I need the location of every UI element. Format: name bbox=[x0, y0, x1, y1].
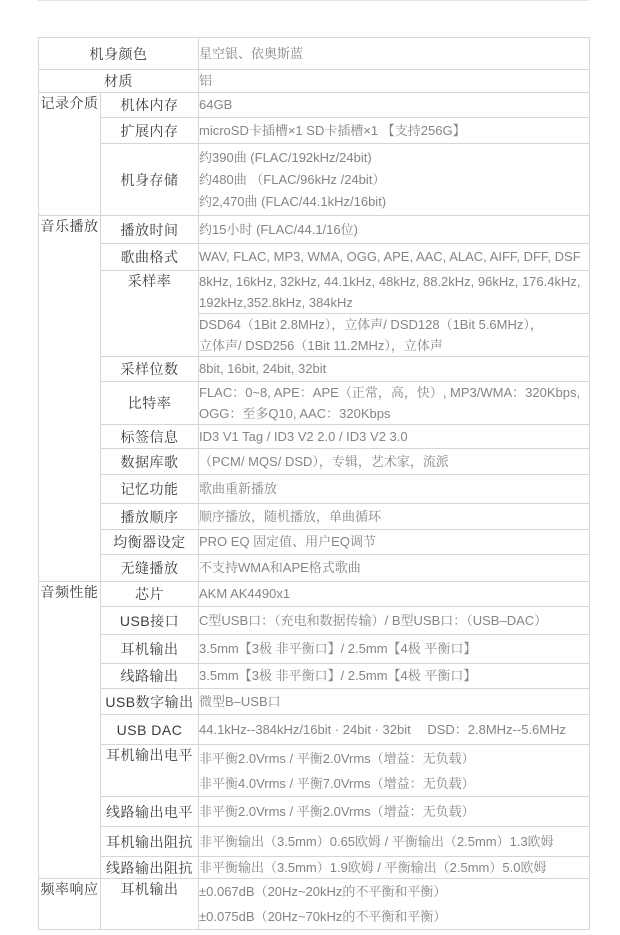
category-text: 频率响应 bbox=[41, 881, 99, 897]
spec-value: 顺序播放，随机播放，单曲循环 bbox=[199, 504, 590, 530]
spec-value-text: FLAC：0~8, APE：APE（正常，高，快）, MP3/WMA：320Kb… bbox=[199, 382, 589, 403]
spec-value: C型USB口：（充电和数据传输）/ B型USB口：（USB–DAC） bbox=[199, 607, 590, 635]
category-text: 记录介质 bbox=[41, 95, 99, 111]
spec-label-text: 机身颜色 bbox=[90, 46, 148, 62]
spec-value: FLAC：0~8, APE：APE（正常，高，快）, MP3/WMA：320Kb… bbox=[199, 382, 590, 425]
spec-value-text: 约2,470曲 (FLAC/44.1kHz/16bit) bbox=[199, 191, 589, 213]
spec-value: ±0.067dB（20Hz~20kHz的不平衡和平衡） ±0.075dB（20H… bbox=[199, 879, 590, 930]
spec-value: 8kHz, 16kHz, 32kHz, 44.1kHz, 48kHz, 88.2… bbox=[199, 271, 590, 314]
spec-label: 均衡器设定 bbox=[101, 530, 199, 555]
spec-label-text: 标签信息 bbox=[121, 429, 179, 445]
spec-label-text: 比特率 bbox=[128, 395, 172, 411]
spec-value-text: 3.5mm【3极 非平衡口】/ 2.5mm【4极 平衡口】 bbox=[199, 666, 589, 686]
spec-value: 约15小时 (FLAC/44.1/16位) bbox=[199, 216, 590, 244]
category-audio-performance: 音频性能 bbox=[39, 582, 101, 879]
spec-value: PRO EQ 固定值、用户EQ调节 bbox=[199, 530, 590, 555]
spec-label: 标签信息 bbox=[101, 425, 199, 449]
category-recording-media: 记录介质 bbox=[39, 93, 101, 216]
spec-label: 机身存储 bbox=[101, 144, 199, 216]
spec-value-text: 微型B–USB口 bbox=[199, 692, 589, 712]
spec-value-text: 非平衡2.0Vrms / 平衡2.0Vrms（增益：无负载） bbox=[199, 802, 589, 822]
spec-value: 3.5mm【3极 非平衡口】/ 2.5mm【4极 平衡口】 bbox=[199, 635, 590, 664]
spec-label: 耳机输出 bbox=[101, 879, 199, 930]
spec-label: USB接口 bbox=[101, 607, 199, 635]
spec-label: USB DAC bbox=[101, 715, 199, 745]
spec-label-text: 线路输出 bbox=[121, 668, 179, 684]
spec-value-text: 非平衡2.0Vrms / 平衡2.0Vrms（增益：无负载） bbox=[199, 746, 589, 771]
spec-value-text: 44.1kHz--384kHz/16bit · 24bit · 32bit DS… bbox=[199, 720, 589, 740]
spec-value-text: 星空银、依奥斯蓝 bbox=[199, 44, 589, 64]
spec-value: DSD64（1Bit 2.8MHz），立体声/ DSD128（1Bit 5.6M… bbox=[199, 314, 590, 357]
spec-value: ID3 V1 Tag / ID3 V2 2.0 / ID3 V2 3.0 bbox=[199, 425, 590, 449]
spec-label-text: 线路输出电平 bbox=[106, 804, 193, 820]
spec-label: 耳机输出阻抗 bbox=[101, 827, 199, 857]
spec-value: microSD卡插槽×1 SD卡插槽×1 【支持256G】 bbox=[199, 118, 590, 144]
spec-label-text: USB接口 bbox=[120, 613, 179, 629]
spec-value-text: PRO EQ 固定值、用户EQ调节 bbox=[199, 532, 589, 552]
spec-value-text: 8bit, 16bit, 24bit, 32bit bbox=[199, 359, 589, 379]
spec-label: 无缝播放 bbox=[101, 555, 199, 582]
spec-value-text: 64GB bbox=[199, 95, 589, 115]
spec-value-text: 约480曲 （FLAC/96kHz /24bit） bbox=[199, 169, 589, 191]
spec-value: 非平衡输出（3.5mm）1.9欧姆 / 平衡输出（2.5mm）5.0欧姆 bbox=[199, 857, 590, 879]
spec-label: 播放顺序 bbox=[101, 504, 199, 530]
spec-label-text: 线路输出阻抗 bbox=[106, 860, 193, 876]
spec-label-text: 机体内存 bbox=[121, 97, 179, 113]
spec-value-text: 歌曲重新播放 bbox=[199, 479, 589, 499]
spec-label-text: 播放时间 bbox=[121, 222, 179, 238]
spec-value: 非平衡输出（3.5mm）0.65欧姆 / 平衡输出（2.5mm）1.3欧姆 bbox=[199, 827, 590, 857]
spec-value-text: 3.5mm【3极 非平衡口】/ 2.5mm【4极 平衡口】 bbox=[199, 639, 589, 659]
spec-value: WAV, FLAC, MP3, WMA, OGG, APE, AAC, ALAC… bbox=[199, 244, 590, 271]
spec-label: 线路输出电平 bbox=[101, 797, 199, 827]
spec-value-text: 铝 bbox=[199, 71, 589, 91]
spec-label: 记忆功能 bbox=[101, 475, 199, 504]
spec-label-text: 播放顺序 bbox=[121, 509, 179, 525]
spec-value-text: ±0.067dB（20Hz~20kHz的不平衡和平衡） bbox=[199, 879, 589, 904]
spec-value-text: （PCM/ MQS/ DSD），专辑，艺术家，流派 bbox=[199, 452, 589, 472]
spec-value: 非平衡2.0Vrms / 平衡2.0Vrms（增益：无负载） bbox=[199, 797, 590, 827]
spec-label-text: 机身存储 bbox=[121, 172, 179, 188]
spec-label: 扩展内存 bbox=[101, 118, 199, 144]
spec-label-text: 材质 bbox=[104, 73, 133, 89]
spec-value-text: 约15小时 (FLAC/44.1/16位) bbox=[199, 220, 589, 240]
category-frequency-response: 频率响应 bbox=[39, 879, 101, 930]
spec-value-text: 非平衡4.0Vrms / 平衡7.0Vrms（增益：无负载） bbox=[199, 771, 589, 796]
spec-label: 机身颜色 bbox=[39, 38, 199, 70]
spec-value-text: AKM AK4490x1 bbox=[199, 584, 589, 604]
spec-label-text: 记忆功能 bbox=[121, 481, 179, 497]
spec-label: 材质 bbox=[39, 70, 199, 93]
spec-label-text: 歌曲格式 bbox=[121, 249, 179, 265]
spec-value-text: WAV, FLAC, MP3, WMA, OGG, APE, AAC, ALAC… bbox=[199, 247, 589, 267]
category-music-playback: 音乐播放 bbox=[39, 216, 101, 582]
spec-label-text: USB数字输出 bbox=[105, 694, 193, 710]
spec-value-text: C型USB口：（充电和数据传输）/ B型USB口：（USB–DAC） bbox=[199, 611, 589, 631]
spec-value-text: DSD64（1Bit 2.8MHz），立体声/ DSD128（1Bit 5.6M… bbox=[199, 314, 589, 335]
spec-label-text: 采样率 bbox=[128, 273, 172, 289]
spec-label: 歌曲格式 bbox=[101, 244, 199, 271]
spec-label-text: 扩展内存 bbox=[121, 123, 179, 139]
spec-label-text: 数据库歌 bbox=[121, 454, 179, 470]
spec-value: 8bit, 16bit, 24bit, 32bit bbox=[199, 357, 590, 382]
spec-value: AKM AK4490x1 bbox=[199, 582, 590, 607]
spec-label: 芯片 bbox=[101, 582, 199, 607]
spec-label-text: 无缝播放 bbox=[121, 560, 179, 576]
spec-value-text: 不支持WMA和APE格式歌曲 bbox=[199, 558, 589, 578]
spec-label: 数据库歌 bbox=[101, 449, 199, 475]
spec-value-text: 192kHz,352.8kHz, 384kHz bbox=[199, 292, 589, 313]
spec-label-text: 耳机输出 bbox=[121, 641, 179, 657]
spec-table: 机身颜色 星空银、依奥斯蓝 材质 铝 记录介质 机体内存 64GB 扩展内存 m… bbox=[38, 37, 590, 930]
spec-label-text: USB DAC bbox=[117, 722, 183, 738]
spec-label-text: 均衡器设定 bbox=[113, 534, 186, 550]
spec-label: 线路输出阻抗 bbox=[101, 857, 199, 879]
spec-value: 不支持WMA和APE格式歌曲 bbox=[199, 555, 590, 582]
spec-label: 采样率 bbox=[101, 271, 199, 357]
spec-value-text: 约390曲 (FLAC/192kHz/24bit) bbox=[199, 147, 589, 169]
spec-value: 歌曲重新播放 bbox=[199, 475, 590, 504]
spec-value: 微型B–USB口 bbox=[199, 689, 590, 715]
spec-value: 铝 bbox=[199, 70, 590, 93]
spec-value-text: 8kHz, 16kHz, 32kHz, 44.1kHz, 48kHz, 88.2… bbox=[199, 271, 589, 292]
spec-value-text: ID3 V1 Tag / ID3 V2 2.0 / ID3 V2 3.0 bbox=[199, 427, 589, 447]
category-text: 音频性能 bbox=[41, 584, 99, 600]
spec-label: 耳机输出 bbox=[101, 635, 199, 664]
spec-label: USB数字输出 bbox=[101, 689, 199, 715]
spec-label: 播放时间 bbox=[101, 216, 199, 244]
spec-value: （PCM/ MQS/ DSD），专辑，艺术家，流派 bbox=[199, 449, 590, 475]
spec-label-text: 芯片 bbox=[135, 586, 164, 602]
spec-value-text: 非平衡输出（3.5mm）1.9欧姆 / 平衡输出（2.5mm）5.0欧姆 bbox=[199, 858, 589, 878]
spec-label-text: 耳机输出电平 bbox=[106, 747, 193, 763]
spec-label-text: 耳机输出 bbox=[121, 881, 179, 897]
spec-label: 机体内存 bbox=[101, 93, 199, 118]
spec-value: 星空银、依奥斯蓝 bbox=[199, 38, 590, 70]
spec-value-text: OGG：至多Q10, AAC：320Kbps bbox=[199, 403, 589, 424]
spec-label: 采样位数 bbox=[101, 357, 199, 382]
spec-value: 约390曲 (FLAC/192kHz/24bit) 约480曲 （FLAC/96… bbox=[199, 144, 590, 216]
spec-label: 耳机输出电平 bbox=[101, 745, 199, 797]
spec-value: 64GB bbox=[199, 93, 590, 118]
spec-value-text: 顺序播放，随机播放，单曲循环 bbox=[199, 507, 589, 527]
spec-label: 比特率 bbox=[101, 382, 199, 425]
category-text: 音乐播放 bbox=[41, 218, 99, 234]
spec-value-text: microSD卡插槽×1 SD卡插槽×1 【支持256G】 bbox=[199, 121, 589, 141]
spec-value: 非平衡2.0Vrms / 平衡2.0Vrms（增益：无负载） 非平衡4.0Vrm… bbox=[199, 745, 590, 797]
spec-value-text: ±0.075dB（20Hz~70kHz的不平衡和平衡） bbox=[199, 904, 589, 929]
spec-value: 3.5mm【3极 非平衡口】/ 2.5mm【4极 平衡口】 bbox=[199, 664, 590, 689]
previous-row-border-fragment bbox=[38, 0, 589, 1]
spec-value-text: 非平衡输出（3.5mm）0.65欧姆 / 平衡输出（2.5mm）1.3欧姆 bbox=[199, 832, 589, 852]
spec-value: 44.1kHz--384kHz/16bit · 24bit · 32bit DS… bbox=[199, 715, 590, 745]
spec-label-text: 采样位数 bbox=[121, 361, 179, 377]
spec-value-text: 立体声/ DSD256（1Bit 11.2MHz），立体声 bbox=[199, 335, 589, 356]
spec-label: 线路输出 bbox=[101, 664, 199, 689]
spec-label-text: 耳机输出阻抗 bbox=[106, 834, 193, 850]
